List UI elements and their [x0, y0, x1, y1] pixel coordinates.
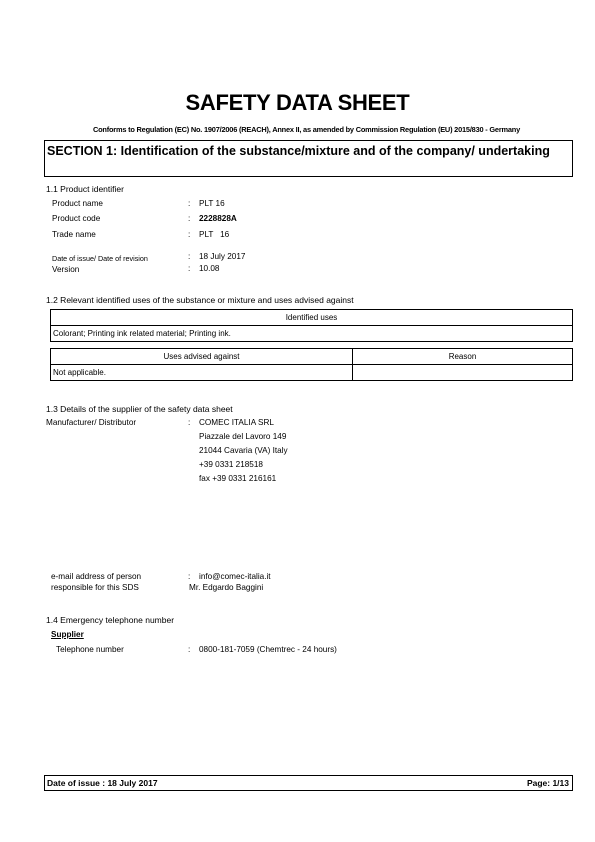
emergency-phone-heading: 1.4 Emergency telephone number — [46, 615, 174, 625]
uses-advised-against-value: Not applicable. — [51, 365, 353, 381]
product-name-value: PLT 16 — [199, 199, 225, 208]
version-value: 10.08 — [199, 264, 220, 273]
email-label-line1: e-mail address of person — [51, 572, 141, 581]
product-code-value: 2228828A — [199, 214, 237, 223]
manufacturer-label: Manufacturer/ Distributor — [46, 418, 136, 427]
colon: : — [188, 645, 190, 654]
version-label: Version — [52, 265, 79, 274]
identified-uses-header: Identified uses — [51, 310, 573, 326]
uses-advised-against-header: Uses advised against — [51, 349, 353, 365]
footer-date: Date of issue : 18 July 2017 — [47, 778, 158, 788]
section-1-title: SECTION 1: Identification of the substan… — [47, 143, 567, 159]
supplier-details-heading: 1.3 Details of the supplier of the safet… — [46, 404, 233, 414]
colon: : — [188, 252, 190, 261]
product-name-label: Product name — [52, 199, 103, 208]
date-of-issue-value: 18 July 2017 — [199, 252, 245, 261]
uses-advised-against-table: Uses advised against Reason Not applicab… — [50, 348, 573, 381]
regulation-note: Conforms to Regulation (EC) No. 1907/200… — [0, 125, 595, 134]
colon: : — [188, 572, 190, 581]
product-identifier-heading: 1.1 Product identifier — [46, 184, 124, 194]
section-1-header: SECTION 1: Identification of the substan… — [44, 140, 573, 177]
colon: : — [188, 264, 190, 273]
contact-person: Mr. Edgardo Baggini — [189, 583, 263, 592]
colon: : — [188, 418, 190, 427]
supplier-fax: fax +39 0331 216161 — [199, 474, 276, 483]
colon: : — [188, 230, 190, 239]
trade-name-value: PLT 16 — [199, 230, 229, 239]
identified-uses-table: Identified uses Colorant; Printing ink r… — [50, 309, 573, 342]
telephone-label: Telephone number — [56, 645, 124, 654]
reason-header: Reason — [353, 349, 573, 365]
email-link[interactable]: info@comec-italia.it — [199, 572, 271, 581]
colon: : — [188, 214, 190, 223]
document-title: SAFETY DATA SHEET — [0, 90, 595, 116]
colon: : — [188, 199, 190, 208]
reason-value — [353, 365, 573, 381]
footer-page-number: Page: 1/13 — [527, 778, 569, 788]
product-code-label: Product code — [52, 214, 100, 223]
supplier-city: 21044 Cavaria (VA) Italy — [199, 446, 288, 455]
email-label-line2: responsible for this SDS — [51, 583, 139, 592]
date-of-issue-label: Date of issue/ Date of revision — [52, 254, 148, 263]
supplier-subheading: Supplier — [51, 630, 84, 639]
telephone-value: 0800-181-7059 (Chemtrec - 24 hours) — [199, 645, 337, 654]
page-footer: Date of issue : 18 July 2017 Page: 1/13 — [44, 775, 573, 791]
supplier-street: Piazzale del Lavoro 149 — [199, 432, 286, 441]
trade-name-label: Trade name — [52, 230, 96, 239]
supplier-phone: +39 0331 218518 — [199, 460, 263, 469]
supplier-name: COMEC ITALIA SRL — [199, 418, 274, 427]
relevant-uses-heading: 1.2 Relevant identified uses of the subs… — [46, 295, 354, 305]
identified-uses-value: Colorant; Printing ink related material;… — [51, 326, 573, 342]
